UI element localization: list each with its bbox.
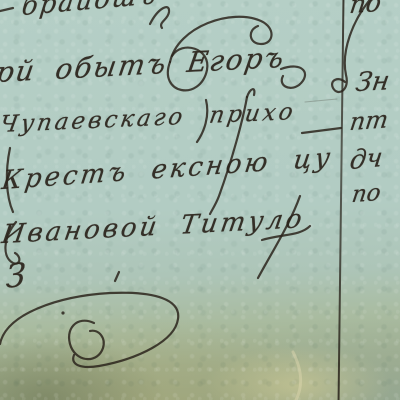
handwritten-letter-z: З (5, 255, 26, 296)
margin-fragment-2: Зн (354, 66, 392, 98)
margin-fragment-4: дч (348, 143, 384, 176)
margin-fragment-5: по (350, 180, 382, 208)
margin-fragment-1: по (348, 0, 383, 19)
manuscript-photo: брайошъ рй обытъ Егоръ Чупаевскаго прихо… (0, 0, 400, 400)
margin-fragment-3: пт (348, 105, 390, 136)
